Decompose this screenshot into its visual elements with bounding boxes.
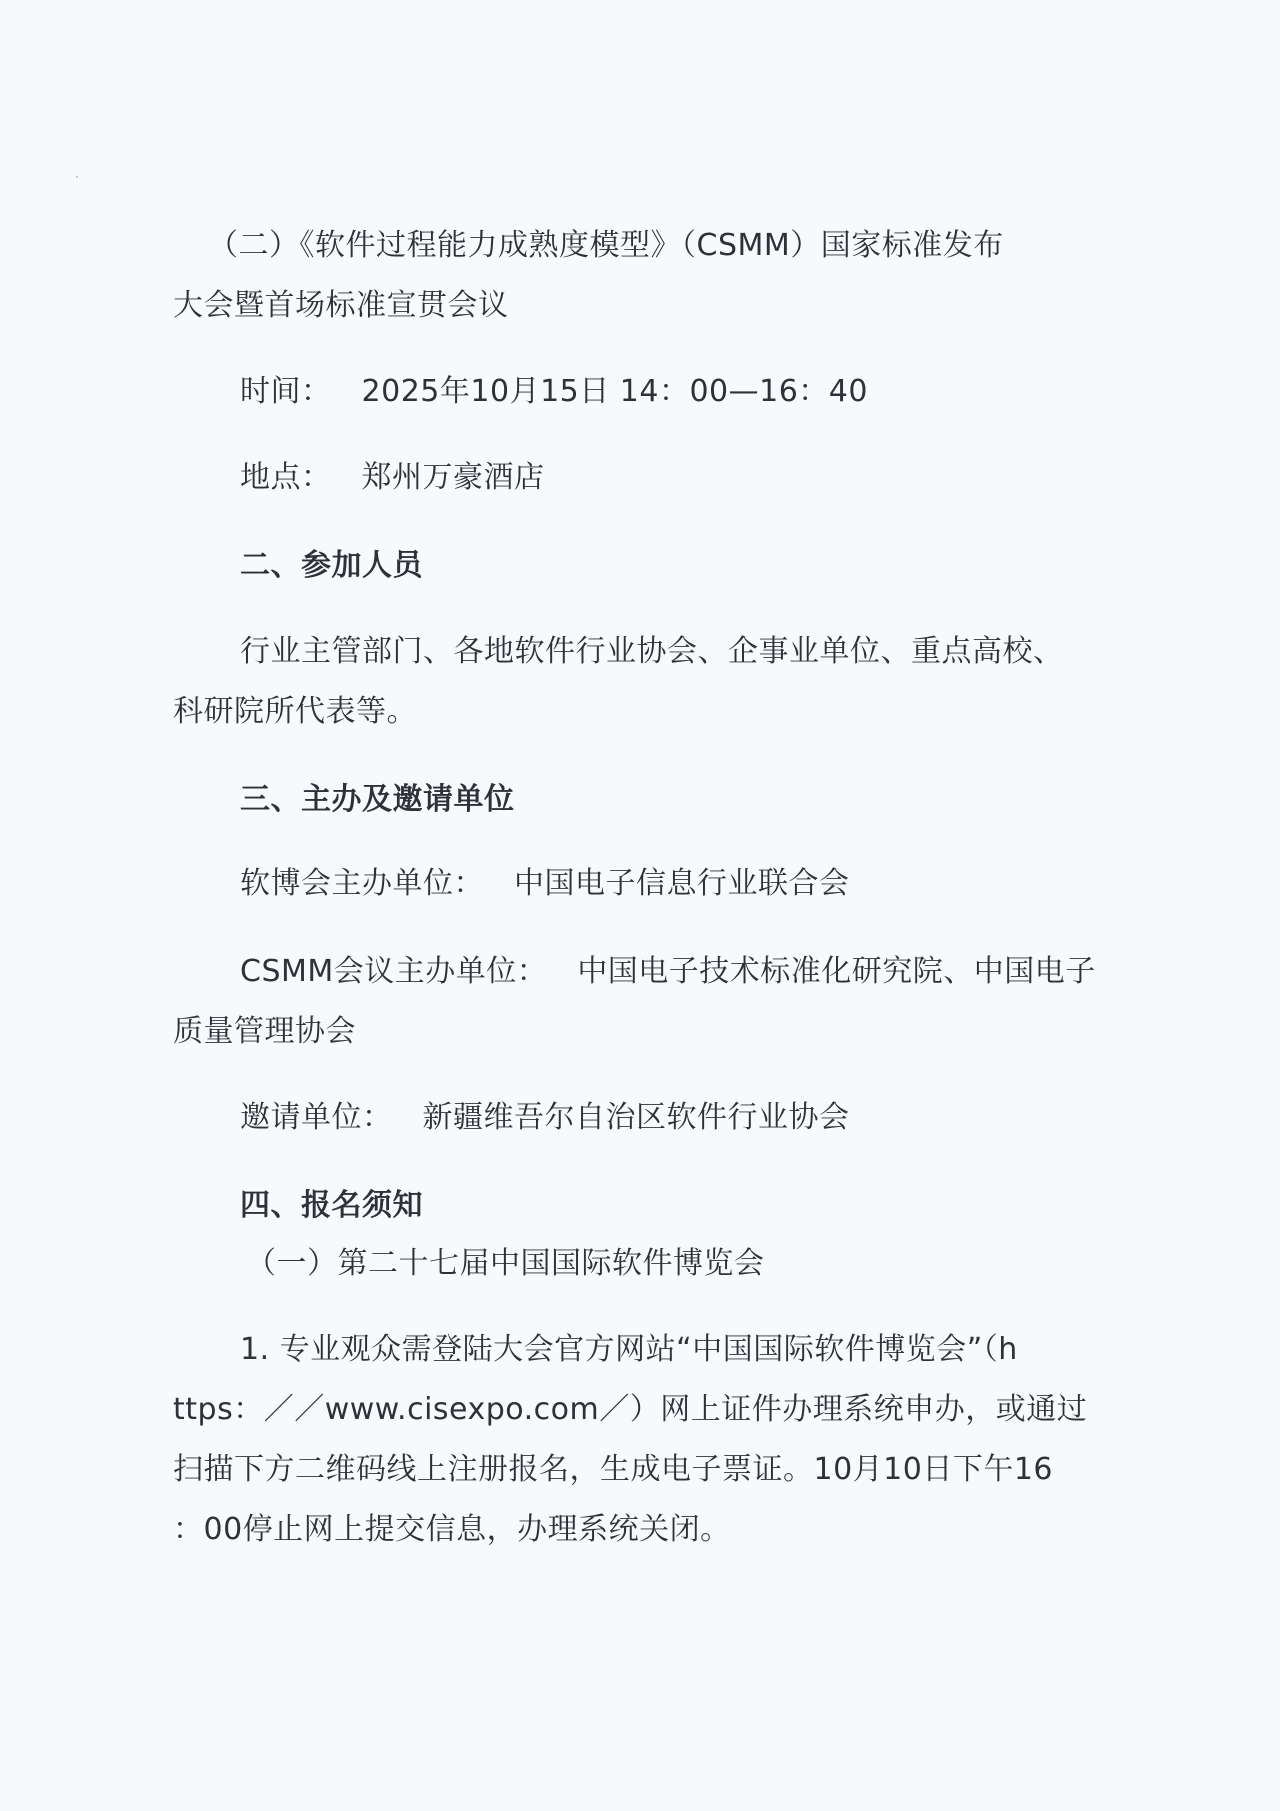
- section-heading-participants: 二、参加人员: [240, 546, 423, 586]
- expo-host-value: 中国电子信息行业联合会: [514, 866, 850, 901]
- invite-row: 邀请单位： 新疆维吾尔自治区软件行业协会: [240, 1098, 850, 1138]
- place-value: 郑州万豪酒店: [362, 460, 545, 495]
- section-heading-registration: 四、报名须知: [240, 1186, 423, 1226]
- expo-host-row: 软博会主办单位： 中国电子信息行业联合会: [240, 864, 850, 904]
- subsection-title-csmm-line1: （二）《软件过程能力成熟度模型》（CSMM）国家标准发布: [208, 226, 1004, 266]
- time-label: 时间：: [240, 374, 332, 409]
- section-heading-organizers: 三、主办及邀请单位: [240, 780, 515, 820]
- csmm-host-row: CSMM会议主办单位： 中国电子技术标准化研究院、中国电子: [240, 952, 1096, 992]
- place-row: 地点： 郑州万豪酒店: [240, 458, 545, 498]
- participants-line2: 科研院所代表等。: [173, 692, 417, 732]
- registration-item1-line1: 1. 专业观众需登陆大会官方网站“中国国际软件博览会”（h: [240, 1330, 1018, 1370]
- subsection-title-csmm-line2: 大会暨首场标准宣贯会议: [173, 286, 509, 326]
- csmm-host-value-line1: 中国电子技术标准化研究院、中国电子: [577, 954, 1096, 989]
- subsection-title-expo: （一）第二十七届中国国际软件博览会: [246, 1244, 765, 1284]
- expo-host-label: 软博会主办单位：: [240, 866, 484, 901]
- time-value: 2025年10月15日 14：00—16：40: [362, 374, 868, 409]
- registration-item1-line2: ttps：／／www.cisexpo.com／）网上证件办理系统申办，或通过: [173, 1390, 1087, 1430]
- time-row: 时间： 2025年10月15日 14：00—16：40: [240, 372, 868, 412]
- csmm-host-value-line2: 质量管理协会: [173, 1012, 356, 1052]
- participants-line1: 行业主管部门、各地软件行业协会、企事业单位、重点高校、: [240, 632, 1064, 672]
- scanned-document-page: （二）《软件过程能力成熟度模型》（CSMM）国家标准发布 大会暨首场标准宣贯会议…: [0, 0, 1280, 1811]
- registration-item1-line3: 扫描下方二维码线上注册报名，生成电子票证。10月10日下午16: [173, 1450, 1053, 1490]
- invite-label: 邀请单位：: [240, 1100, 393, 1135]
- invite-value: 新疆维吾尔自治区软件行业协会: [423, 1100, 850, 1135]
- registration-item1-line4: ：00停止网上提交信息，办理系统关闭。: [173, 1510, 731, 1550]
- place-label: 地点：: [240, 460, 332, 495]
- scan-speck: [76, 176, 78, 178]
- csmm-host-label: CSMM会议主办单位：: [240, 954, 547, 989]
